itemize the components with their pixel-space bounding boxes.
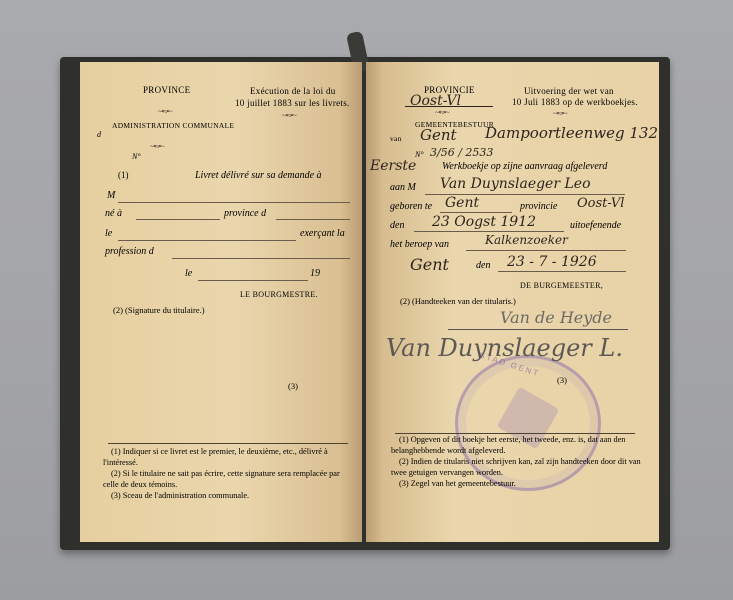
den-label: den bbox=[390, 220, 404, 231]
province-field-label: province d bbox=[224, 208, 266, 219]
birthdate-value: 23 Oogst 1912 bbox=[432, 214, 536, 230]
date-field-line bbox=[118, 240, 296, 241]
province-field-line bbox=[276, 219, 350, 220]
birthplace-value: Gent bbox=[445, 195, 479, 211]
number-value: 3/56 / 2533 bbox=[430, 146, 493, 159]
ornament: ~•≈•~ bbox=[553, 109, 567, 118]
municipality-value: Gent bbox=[420, 126, 457, 144]
admin-label: ADMINISTRATION COMMUNALE bbox=[112, 121, 234, 130]
signature-label: (2) (Handteeken van der titularis.) bbox=[400, 296, 516, 306]
law-line-1: Uitvoering der wet van bbox=[524, 86, 614, 96]
place-value: Gent bbox=[410, 255, 449, 274]
profession-label: profession d bbox=[105, 246, 154, 257]
m-label: M bbox=[107, 190, 115, 201]
law-line-2: 10 Juli 1883 op de werkboekjes. bbox=[512, 97, 638, 107]
ornament: ~•≈•~ bbox=[150, 142, 164, 151]
le-label: le bbox=[105, 228, 112, 239]
issued-text: Werkboekje op zijne aanvraag afgeleverd bbox=[442, 161, 607, 172]
footnotes: (1) Opgeven of dit boekje het eerste, he… bbox=[391, 434, 649, 489]
footnote-1: (1) Indiquer si ce livret est le premier… bbox=[103, 446, 353, 468]
margin-note: Eerste bbox=[370, 158, 416, 174]
born-label: né à bbox=[105, 208, 122, 219]
footnote-3: (3) Sceau de l'administration communale. bbox=[103, 490, 353, 501]
footnotes: (1) Indiquer si ce livret est le premier… bbox=[103, 446, 353, 501]
name-field-line bbox=[118, 202, 350, 203]
footnote-2: (2) Si le titulaire ne sait pas écrire, … bbox=[103, 468, 353, 490]
mayor-label: LE BOURGMESTRE. bbox=[240, 290, 318, 299]
profession-label: het beroep van bbox=[390, 239, 449, 250]
year-suffix: 19 bbox=[310, 268, 320, 279]
born-label: geboren te bbox=[390, 201, 432, 212]
footnote-1: (1) Opgeven of dit boekje het eerste, he… bbox=[391, 434, 649, 456]
ornament: ~•≈•~ bbox=[282, 111, 296, 120]
issue-date-field-line bbox=[198, 280, 308, 281]
address-value: Dampoortleenweg 132 bbox=[485, 124, 658, 142]
province-field-label: provincie bbox=[520, 201, 557, 212]
note-marker-1: (1) bbox=[118, 170, 129, 180]
profession-value: Kalkenzoeker bbox=[485, 233, 568, 247]
date-le-label: le bbox=[185, 268, 192, 279]
seal-marker: (3) bbox=[557, 375, 567, 385]
issue-date-value: 23 - 7 - 1926 bbox=[507, 254, 597, 270]
birthdate-field-line bbox=[414, 231, 564, 232]
practicing-label: uitoefenende bbox=[570, 220, 621, 231]
issued-text: Livret délivré sur sa demande à bbox=[195, 170, 322, 181]
province-label: PROVINCE bbox=[143, 85, 190, 95]
profession-field-line bbox=[172, 258, 350, 259]
holder-signature: Van Duynslaeger L. bbox=[386, 334, 623, 362]
footnote-3: (3) Zegel van het gemeentebestuur. bbox=[391, 478, 649, 489]
province-value-line bbox=[405, 106, 493, 107]
mayor-label: DE BURGEMEESTER, bbox=[520, 281, 603, 290]
mayor-signature: Van de Heyde bbox=[500, 308, 612, 327]
number-label: N° bbox=[132, 152, 141, 161]
ornament: ~•≈•~ bbox=[158, 107, 172, 116]
seal-marker: (3) bbox=[288, 381, 298, 391]
van-label: van bbox=[390, 134, 402, 143]
exercising-label: exerçant la bbox=[300, 228, 345, 239]
date-den-label: den bbox=[476, 260, 490, 271]
signature-line bbox=[448, 329, 628, 330]
footnote-rule bbox=[108, 443, 348, 444]
signature-label: (2) (Signature du titulaire.) bbox=[113, 305, 205, 315]
ornament: ~•≈•~ bbox=[435, 108, 449, 117]
profession-field-line bbox=[466, 250, 626, 251]
birthplace-field-line bbox=[440, 212, 512, 213]
name-value: Van Duynslaeger Leo bbox=[440, 176, 591, 192]
law-line-2: 10 juillet 1883 sur les livrets. bbox=[235, 98, 350, 108]
d-label: d bbox=[97, 130, 101, 139]
birth-province-value: Oost-Vl bbox=[577, 196, 624, 211]
issue-date-field-line bbox=[498, 271, 626, 272]
footnote-2: (2) Indien de titularis niet schrijven k… bbox=[391, 456, 649, 478]
law-line-1: Exécution de la loi du bbox=[250, 86, 336, 96]
to-label: aan M bbox=[390, 182, 416, 193]
birthplace-field-line bbox=[136, 219, 220, 220]
